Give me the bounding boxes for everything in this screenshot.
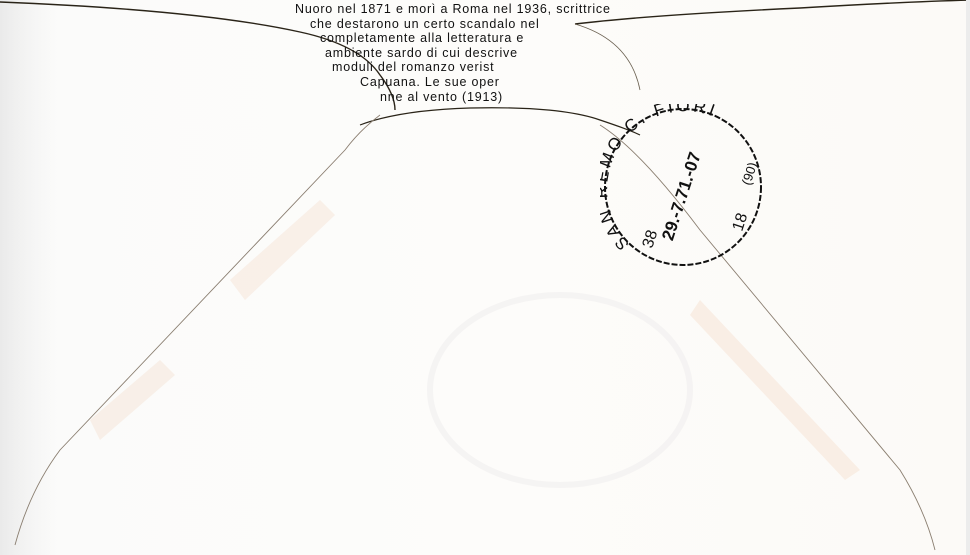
postmark-left-number: 38 xyxy=(640,228,662,250)
text-line: ambiente sardo di cui descrive xyxy=(325,46,518,61)
text-line: nne al vento (1913) xyxy=(380,90,503,105)
text-line: che destarono un certo scandalo nel xyxy=(310,17,540,32)
envelope-edge xyxy=(966,0,970,555)
postmark-office-code: (90) xyxy=(739,160,760,187)
text-line: Capuana. Le sue oper xyxy=(360,75,500,90)
postmark-date: 29.-7.71.-07 xyxy=(658,150,704,243)
text-line: completamente alla letteratura e xyxy=(320,31,524,46)
text-line: moduli del romanzo verist xyxy=(332,60,494,75)
text-line: Nuoro nel 1871 e morì a Roma nel 1936, s… xyxy=(295,2,611,17)
postmark-cancellation: SAN REMO C. FIORI 29.-7.71.-07 38 18 (90… xyxy=(600,104,766,270)
envelope-scan: Nuoro nel 1871 e morì a Roma nel 1936, s… xyxy=(0,0,970,555)
